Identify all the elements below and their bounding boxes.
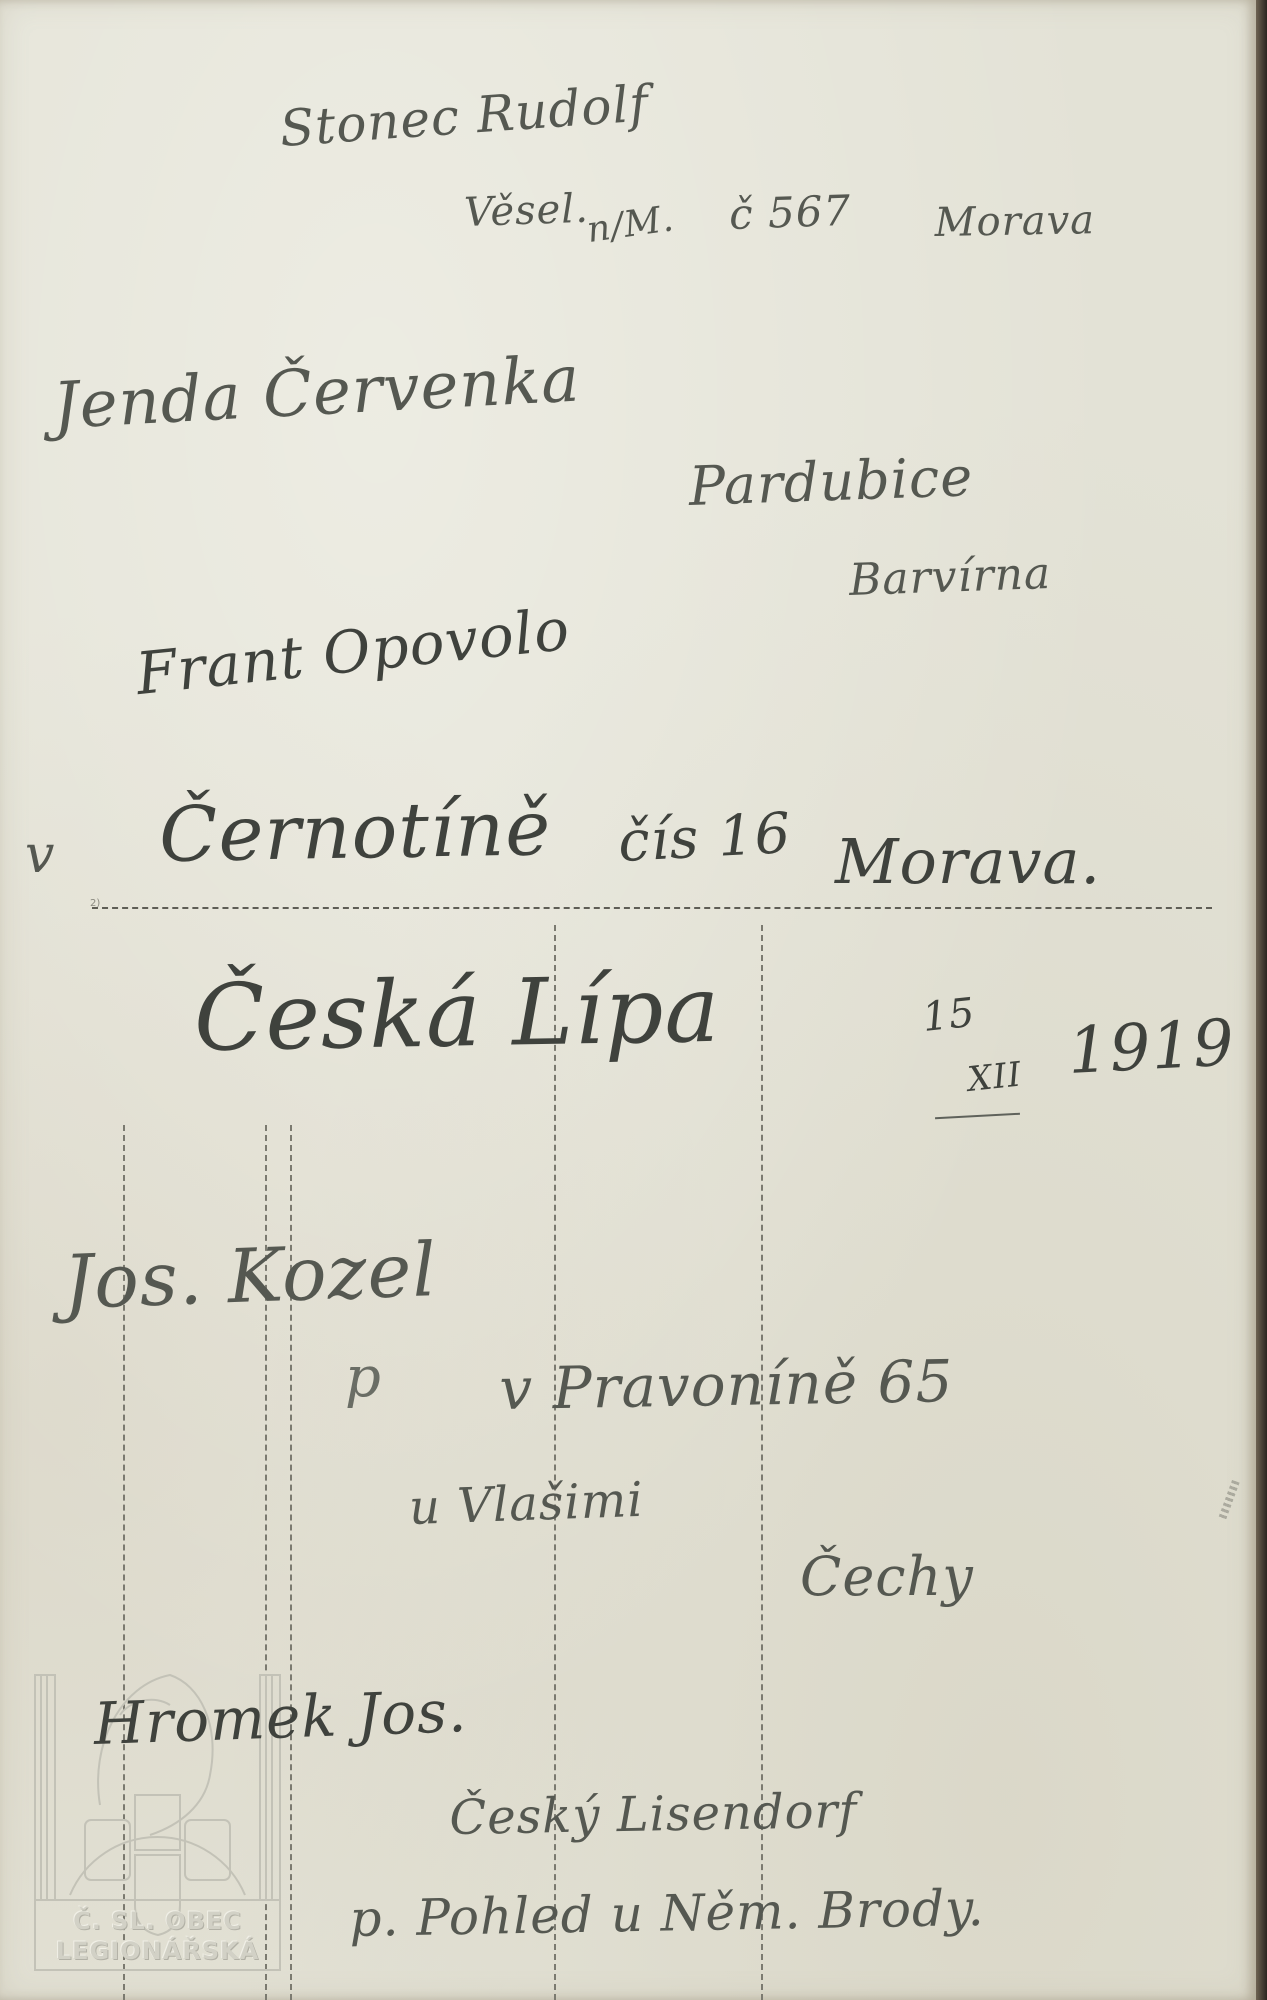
date-underline — [935, 1113, 1020, 1119]
address-divider-line — [92, 907, 1212, 909]
handwritten-date-day: 15 — [920, 990, 977, 1041]
handwritten-house-number: č 567 — [728, 186, 852, 239]
handwritten-date-year: 1919 — [1066, 1006, 1237, 1089]
handwritten-town-lisendorf: Český Lisendorf — [449, 1783, 858, 1846]
card-edge-shadow — [1256, 0, 1267, 2000]
handwritten-preposition-v: v — [25, 825, 55, 885]
handwritten-place-ceska-lipa: Česká Lípa — [193, 956, 721, 1072]
handwritten-name-cervenka: Jenda Červenka — [51, 342, 582, 444]
handwritten-workplace-barvirna: Barvírna — [848, 548, 1052, 606]
handwritten-region-morava-2: Morava. — [835, 825, 1101, 898]
handwritten-town-cernotin: Černotíně — [158, 783, 551, 879]
handwritten-region-morava: Morava — [934, 197, 1095, 246]
handwritten-date-month: XII — [966, 1055, 1024, 1100]
handwritten-name-stonec: Stonec Rudolf — [278, 74, 651, 158]
ink-smudge — [1218, 1480, 1239, 1520]
handwritten-name-opovolo: Frant Opovolo — [133, 595, 573, 708]
handwritten-post-pohled: p. Pohled u Něm. Brody. — [349, 1879, 985, 1948]
handwritten-town-pravonin: v Pravoníně 65 — [499, 1347, 954, 1423]
stamp-text-line1: Č. SL. OBEC — [30, 1907, 285, 1935]
handwritten-name-kozel: Jos. Kozel — [62, 1227, 438, 1326]
handwritten-town-pardubice: Pardubice — [688, 445, 974, 518]
handwritten-town-vesel: Věsel. — [463, 186, 589, 236]
handwritten-near-vlasim: u Vlašimi — [408, 1472, 644, 1536]
handwritten-country-cechy: Čechy — [800, 1545, 974, 1608]
handwritten-mark-p: p — [345, 1345, 382, 1410]
handwritten-house-number-16: čís 16 — [617, 801, 793, 875]
handwritten-name-hromek: Hromek Jos. — [93, 1677, 469, 1758]
stamp-text-line2: LEGIONÁŘSKÁ — [30, 1937, 285, 1965]
handwritten-fraction-nm: n/M. — [584, 198, 676, 251]
postcard-back: 2) Č. SL. OBEC LEGIONÁŘSKÁ — [0, 0, 1256, 2000]
